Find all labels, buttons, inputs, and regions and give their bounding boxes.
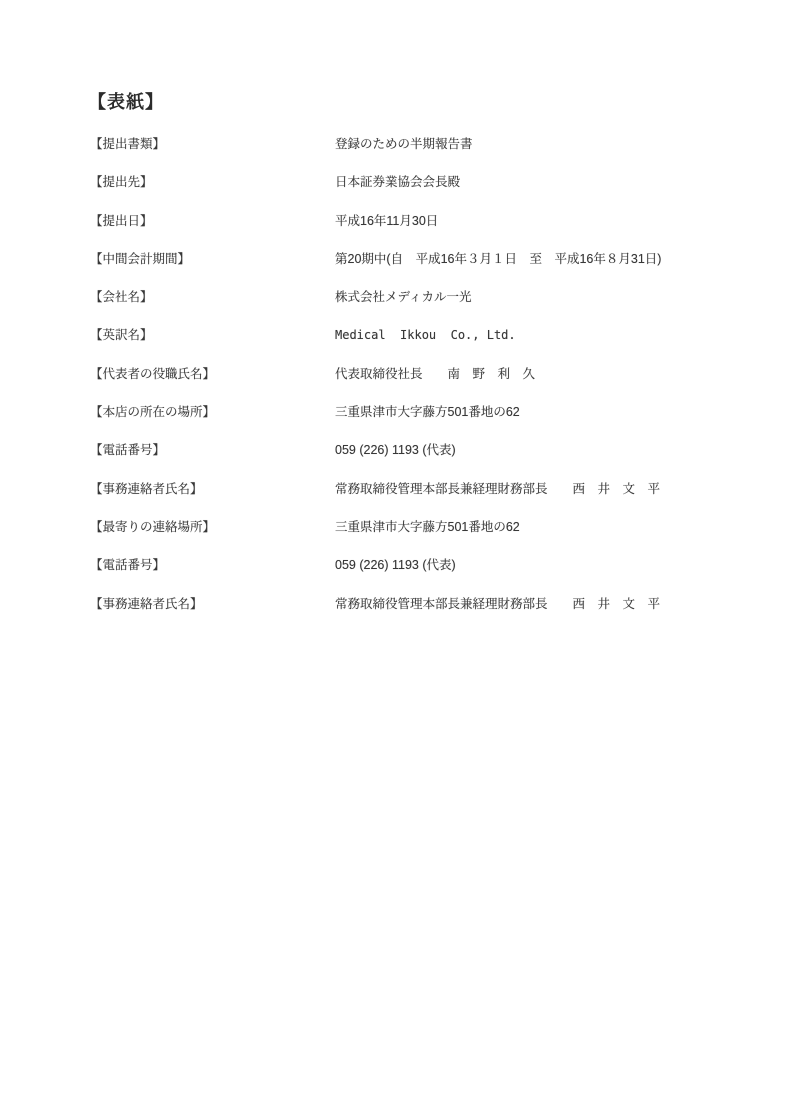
field-row-interim-period: 【中間会計期間】 第20期中(自 平成16年３月１日 至 平成16年８月31日) <box>90 251 760 289</box>
field-label: 【電話番号】 <box>90 442 335 458</box>
field-label: 【提出書類】 <box>90 136 335 152</box>
field-row-administrative-contact-2: 【事務連絡者氏名】 常務取締役管理本部長兼経理財務部長 西 井 文 平 <box>90 596 760 634</box>
field-value: 常務取締役管理本部長兼経理財務部長 西 井 文 平 <box>335 481 760 497</box>
page-title: 【表紙】 <box>88 88 164 114</box>
field-label: 【事務連絡者氏名】 <box>90 596 335 612</box>
field-row-submitted-document: 【提出書類】 登録のための半期報告書 <box>90 136 760 174</box>
field-row-submission-date: 【提出日】 平成16年11月30日 <box>90 213 760 251</box>
field-row-company-name: 【会社名】 株式会社メディカル一光 <box>90 289 760 327</box>
field-value: 株式会社メディカル一光 <box>335 289 760 305</box>
field-label: 【最寄りの連絡場所】 <box>90 519 335 535</box>
field-label: 【本店の所在の場所】 <box>90 404 335 420</box>
field-value: 第20期中(自 平成16年３月１日 至 平成16年８月31日) <box>335 251 760 267</box>
field-label: 【会社名】 <box>90 289 335 305</box>
field-row-representative: 【代表者の役職氏名】 代表取締役社長 南 野 利 久 <box>90 366 760 404</box>
cover-fields: 【提出書類】 登録のための半期報告書 【提出先】 日本証券業協会会長殿 【提出日… <box>90 136 760 634</box>
field-label: 【提出先】 <box>90 174 335 190</box>
field-row-submitted-to: 【提出先】 日本証券業協会会長殿 <box>90 174 760 212</box>
field-value: 059 (226) 1193 (代表) <box>335 442 760 458</box>
field-value: 登録のための半期報告書 <box>335 136 760 152</box>
field-row-head-office-location: 【本店の所在の場所】 三重県津市大字藤方501番地の62 <box>90 404 760 442</box>
field-value: 059 (226) 1193 (代表) <box>335 557 760 573</box>
field-value: 平成16年11月30日 <box>335 213 760 229</box>
field-value: 三重県津市大字藤方501番地の62 <box>335 519 760 535</box>
field-label: 【中間会計期間】 <box>90 251 335 267</box>
field-row-administrative-contact-1: 【事務連絡者氏名】 常務取締役管理本部長兼経理財務部長 西 井 文 平 <box>90 481 760 519</box>
field-row-phone-number-2: 【電話番号】 059 (226) 1193 (代表) <box>90 557 760 595</box>
field-label: 【代表者の役職氏名】 <box>90 366 335 382</box>
document-page: 【表紙】 【提出書類】 登録のための半期報告書 【提出先】 日本証券業協会会長殿… <box>0 0 790 1118</box>
field-value: 日本証券業協会会長殿 <box>335 174 760 190</box>
field-value: 常務取締役管理本部長兼経理財務部長 西 井 文 平 <box>335 596 760 612</box>
field-label: 【英訳名】 <box>90 327 335 343</box>
field-value: 代表取締役社長 南 野 利 久 <box>335 366 760 382</box>
field-value: Medical Ikkou Co., Ltd. <box>335 327 760 343</box>
field-value: 三重県津市大字藤方501番地の62 <box>335 404 760 420</box>
field-label: 【提出日】 <box>90 213 335 229</box>
field-row-english-name: 【英訳名】 Medical Ikkou Co., Ltd. <box>90 327 760 365</box>
field-label: 【電話番号】 <box>90 557 335 573</box>
field-row-phone-number-1: 【電話番号】 059 (226) 1193 (代表) <box>90 442 760 480</box>
field-row-nearest-contact-place: 【最寄りの連絡場所】 三重県津市大字藤方501番地の62 <box>90 519 760 557</box>
field-label: 【事務連絡者氏名】 <box>90 481 335 497</box>
